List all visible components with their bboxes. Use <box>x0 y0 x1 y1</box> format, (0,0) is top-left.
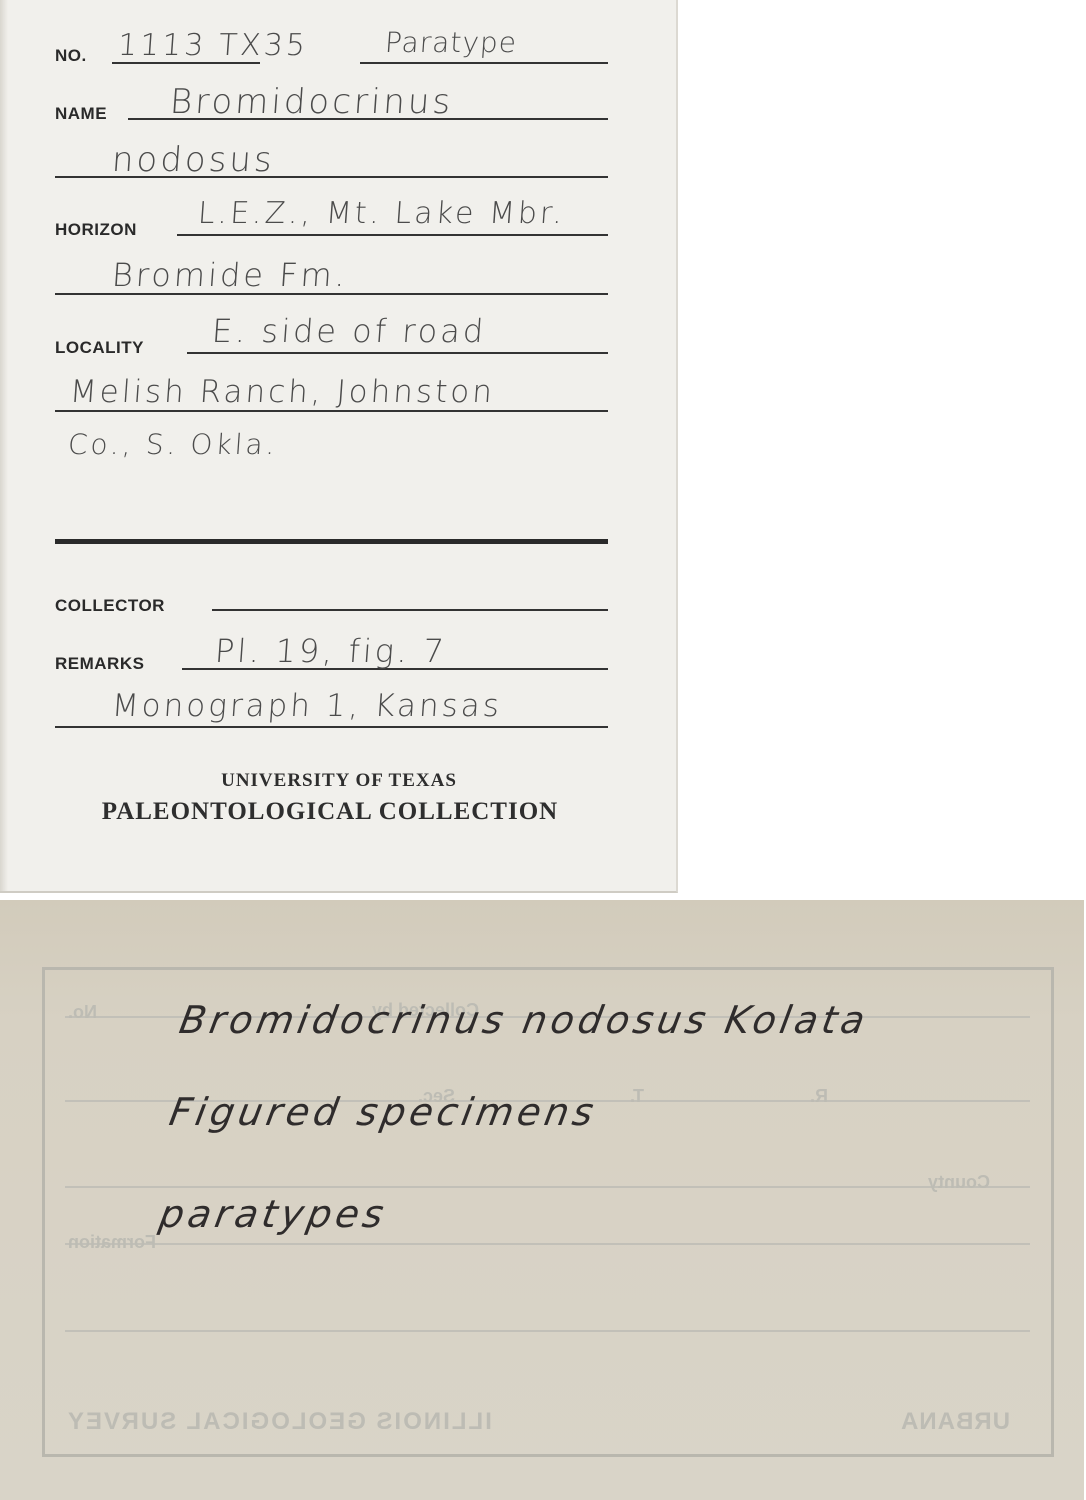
remarks-line-1: Pl. 19, fig. 7 <box>214 632 448 670</box>
taxon-genus: Bromidocrinus <box>169 82 455 122</box>
ghost-r: R. <box>810 1086 828 1107</box>
locality-rule-2 <box>55 410 608 412</box>
institution-name: UNIVERSITY OF TEXAS <box>0 770 678 792</box>
taxon-species: nodosus <box>111 140 277 180</box>
back-taxon-line: Bromidocrinus nodosus Kolata <box>176 998 872 1042</box>
horizon-label: HORIZON <box>55 220 137 240</box>
ghost-rule-4 <box>65 1243 1030 1245</box>
back-figured-line: Figured specimens <box>166 1090 601 1134</box>
type-status: Paratype <box>384 26 518 59</box>
back-card-reverse: No. Collected by Sec. T. R. County Forma… <box>0 900 1084 1500</box>
name-label: NAME <box>55 104 107 124</box>
horizon-line-2: Bromide Fm. <box>111 256 350 294</box>
remarks-line-2: Monograph 1, Kansas <box>111 688 504 724</box>
locality-line-3: Co., S. Okla. <box>67 428 279 461</box>
horizon-line-1: L.E.Z., Mt. Lake Mbr. <box>197 196 567 231</box>
ghost-city: URBANA <box>900 1408 1010 1436</box>
remarks-label: REMARKS <box>55 654 144 674</box>
section-divider <box>55 539 608 544</box>
type-rule <box>360 62 608 64</box>
no-label: NO. <box>55 46 87 66</box>
collector-label: COLLECTOR <box>55 596 165 616</box>
locality-line-1: E. side of road <box>211 312 488 350</box>
locality-label: LOCALITY <box>55 338 144 358</box>
ghost-county: County <box>928 1172 990 1193</box>
ghost-survey: ILLINOIS GEOLOGICAL SURVEY <box>66 1408 492 1436</box>
back-paratypes-line: paratypes <box>156 1192 391 1236</box>
locality-rule-1 <box>187 352 608 354</box>
collector-rule <box>212 609 608 611</box>
horizon-rule-1 <box>177 234 608 236</box>
ghost-formation: Formation <box>68 1232 156 1253</box>
collection-name: PALEONTOLOGICAL COLLECTION <box>0 798 660 826</box>
remarks-rule-2 <box>55 726 608 728</box>
specimen-number: 1113 TX35 <box>117 28 309 63</box>
ghost-rule-5 <box>65 1330 1030 1332</box>
ghost-t: T. <box>630 1086 644 1107</box>
ghost-no: No. <box>68 1002 97 1023</box>
ghost-rule-3 <box>65 1186 1030 1188</box>
locality-line-2: Melish Ranch, Johnston <box>69 374 496 410</box>
front-specimen-label-card: NO. 1113 TX35 Paratype NAME Bromidocrinu… <box>0 0 678 893</box>
